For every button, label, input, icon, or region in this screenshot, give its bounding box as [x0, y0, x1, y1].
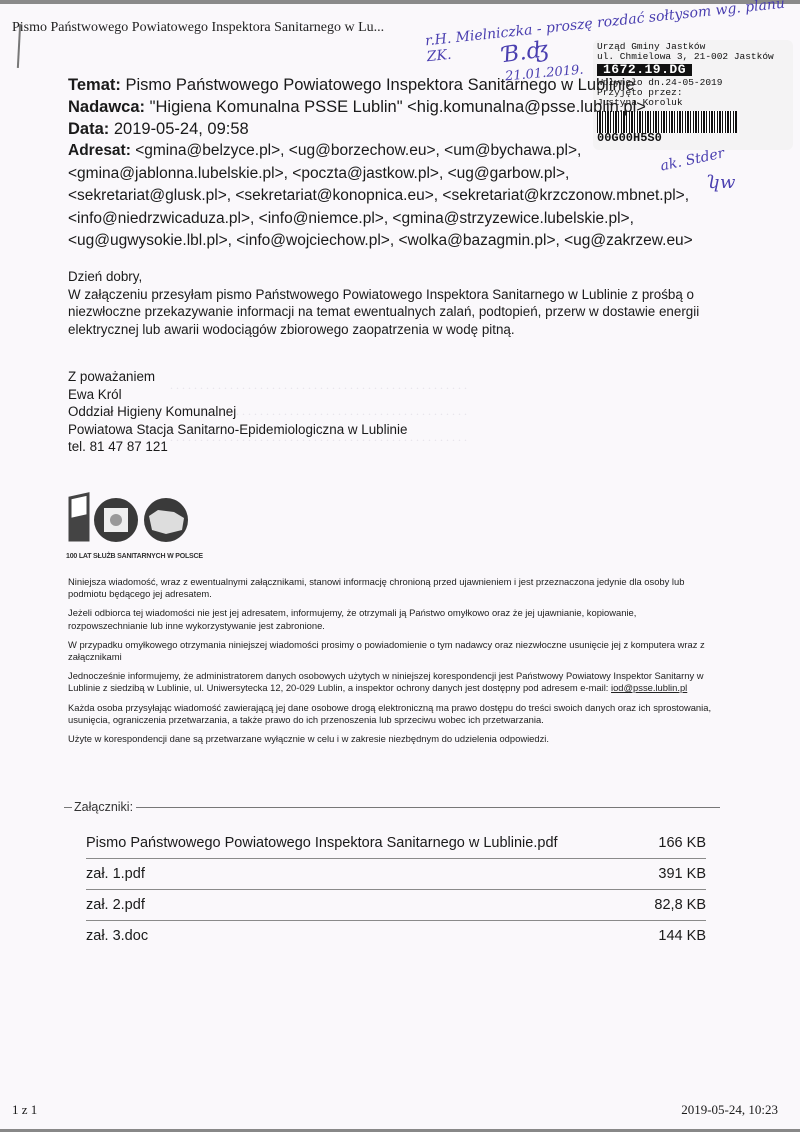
divider — [64, 807, 72, 808]
message-body: Dzień dobry, W załączeniu przesyłam pism… — [68, 268, 768, 338]
recipients-line: <ug@ugwysokie.lbl.pl>, <info@wojciechow.… — [68, 230, 768, 253]
sender-label: Nadawca: — [68, 98, 145, 116]
attachment-name[interactable]: zał. 3.doc — [86, 928, 148, 944]
attachments-label: Załączniki: — [74, 800, 133, 814]
date: 2019-05-24, 09:58 — [114, 120, 249, 138]
attachment-item[interactable]: zał. 2.pdf 82,8 KB — [86, 890, 706, 921]
admin-text: Jednocześnie informujemy, że administrat… — [68, 670, 704, 693]
attachment-size: 82,8 KB — [654, 897, 706, 913]
phone: tel. 81 47 87 121 — [68, 438, 407, 456]
sender: "Higiena Komunalna PSSE Lublin" <hig.kom… — [150, 98, 646, 116]
date-label: Data: — [68, 120, 109, 138]
subject-row: Temat: Pismo Państwowego Powiatowego Ins… — [68, 74, 588, 96]
attachments-list: Pismo Państwowego Powiatowego Inspektora… — [86, 828, 706, 951]
legal-paragraph: Użyte w korespondencji dane są przetwarz… — [68, 733, 718, 745]
legal-paragraph: Jeżeli odbiorca tej wiadomości nie jest … — [68, 607, 718, 631]
recipients-line: <gmina@belzyce.pl>, <ug@borzechow.eu>, <… — [135, 142, 581, 159]
body-paragraph: W załączeniu przesyłam pismo Państwowego… — [68, 286, 768, 339]
legal-paragraph: W przypadku omyłkowego otrzymania niniej… — [68, 639, 718, 663]
stamp-number: 1672.19.DG — [597, 64, 692, 76]
legal-paragraph: Niniejsza wiadomość, wraz z ewentualnymi… — [68, 576, 718, 600]
greeting: Dzień dobry, — [68, 268, 768, 286]
signature: Z poważaniem Ewa Król Oddział Higieny Ko… — [68, 368, 407, 456]
attachment-size: 144 KB — [658, 928, 706, 944]
top-border — [0, 0, 800, 4]
closing: Z poważaniem — [68, 368, 407, 386]
logo-caption: 100 LAT SŁUŻB SANITARNYCH W POLSCE — [66, 553, 203, 560]
stamp-address: ul. Chmielowa 3, 21-002 Jastków — [597, 52, 789, 62]
legal-disclaimer: Niniejsza wiadomość, wraz z ewentualnymi… — [68, 576, 718, 752]
iod-email-link[interactable]: iod@psse.lublin.pl — [611, 682, 687, 693]
page-counter: 1 z 1 — [12, 1102, 37, 1118]
attachment-name[interactable]: Pismo Państwowego Powiatowego Inspektora… — [86, 835, 558, 851]
legal-paragraph-admin: Jednocześnie informujemy, że administrat… — [68, 670, 718, 694]
email-header: Temat: Pismo Państwowego Powiatowego Ins… — [68, 74, 588, 140]
page-title: Pismo Państwowego Powiatowego Inspektora… — [12, 20, 384, 36]
handwritten-signature: Ɓ.ʤ — [501, 37, 550, 68]
recipients: Adresat: <gmina@belzyce.pl>, <ug@borzech… — [68, 140, 768, 253]
attachment-size: 391 KB — [658, 866, 706, 882]
recipients-line: <info@niedrzwicaduza.pl>, <info@niemce.p… — [68, 208, 768, 231]
attachment-item[interactable]: zał. 1.pdf 391 KB — [86, 859, 706, 890]
sender-row: Nadawca: "Higiena Komunalna PSSE Lublin"… — [68, 96, 588, 118]
attachment-name[interactable]: zał. 2.pdf — [86, 897, 145, 913]
attachments-header: Załączniki: — [64, 800, 720, 814]
print-timestamp: 2019-05-24, 10:23 — [681, 1102, 778, 1118]
date-row: Data: 2019-05-24, 09:58 — [68, 118, 588, 140]
attachment-name[interactable]: zał. 1.pdf — [86, 866, 145, 882]
institution: Powiatowa Stacja Sanitarno-Epidemiologic… — [68, 421, 407, 439]
legal-paragraph: Każda osoba przysyłając wiadomość zawier… — [68, 702, 718, 726]
subject-label: Temat: — [68, 76, 121, 94]
recipients-label: Adresat: — [68, 142, 131, 159]
recipients-line: <sekretariat@glusk.pl>, <sekretariat@kon… — [68, 185, 768, 208]
divider — [136, 807, 720, 808]
department: Oddział Higieny Komunalnej — [68, 403, 407, 421]
signer-name: Ewa Król — [68, 386, 407, 404]
recipients-line: <gmina@jablonna.lubelskie.pl>, <poczta@j… — [68, 163, 768, 186]
registry-stamp: Urząd Gminy Jastków ul. Chmielowa 3, 21-… — [593, 40, 793, 150]
attachment-size: 166 KB — [658, 835, 706, 851]
attachment-item[interactable]: zał. 3.doc 144 KB — [86, 921, 706, 951]
attachment-item[interactable]: Pismo Państwowego Powiatowego Inspektora… — [86, 828, 706, 859]
subject: Pismo Państwowego Powiatowego Inspektora… — [125, 76, 634, 94]
